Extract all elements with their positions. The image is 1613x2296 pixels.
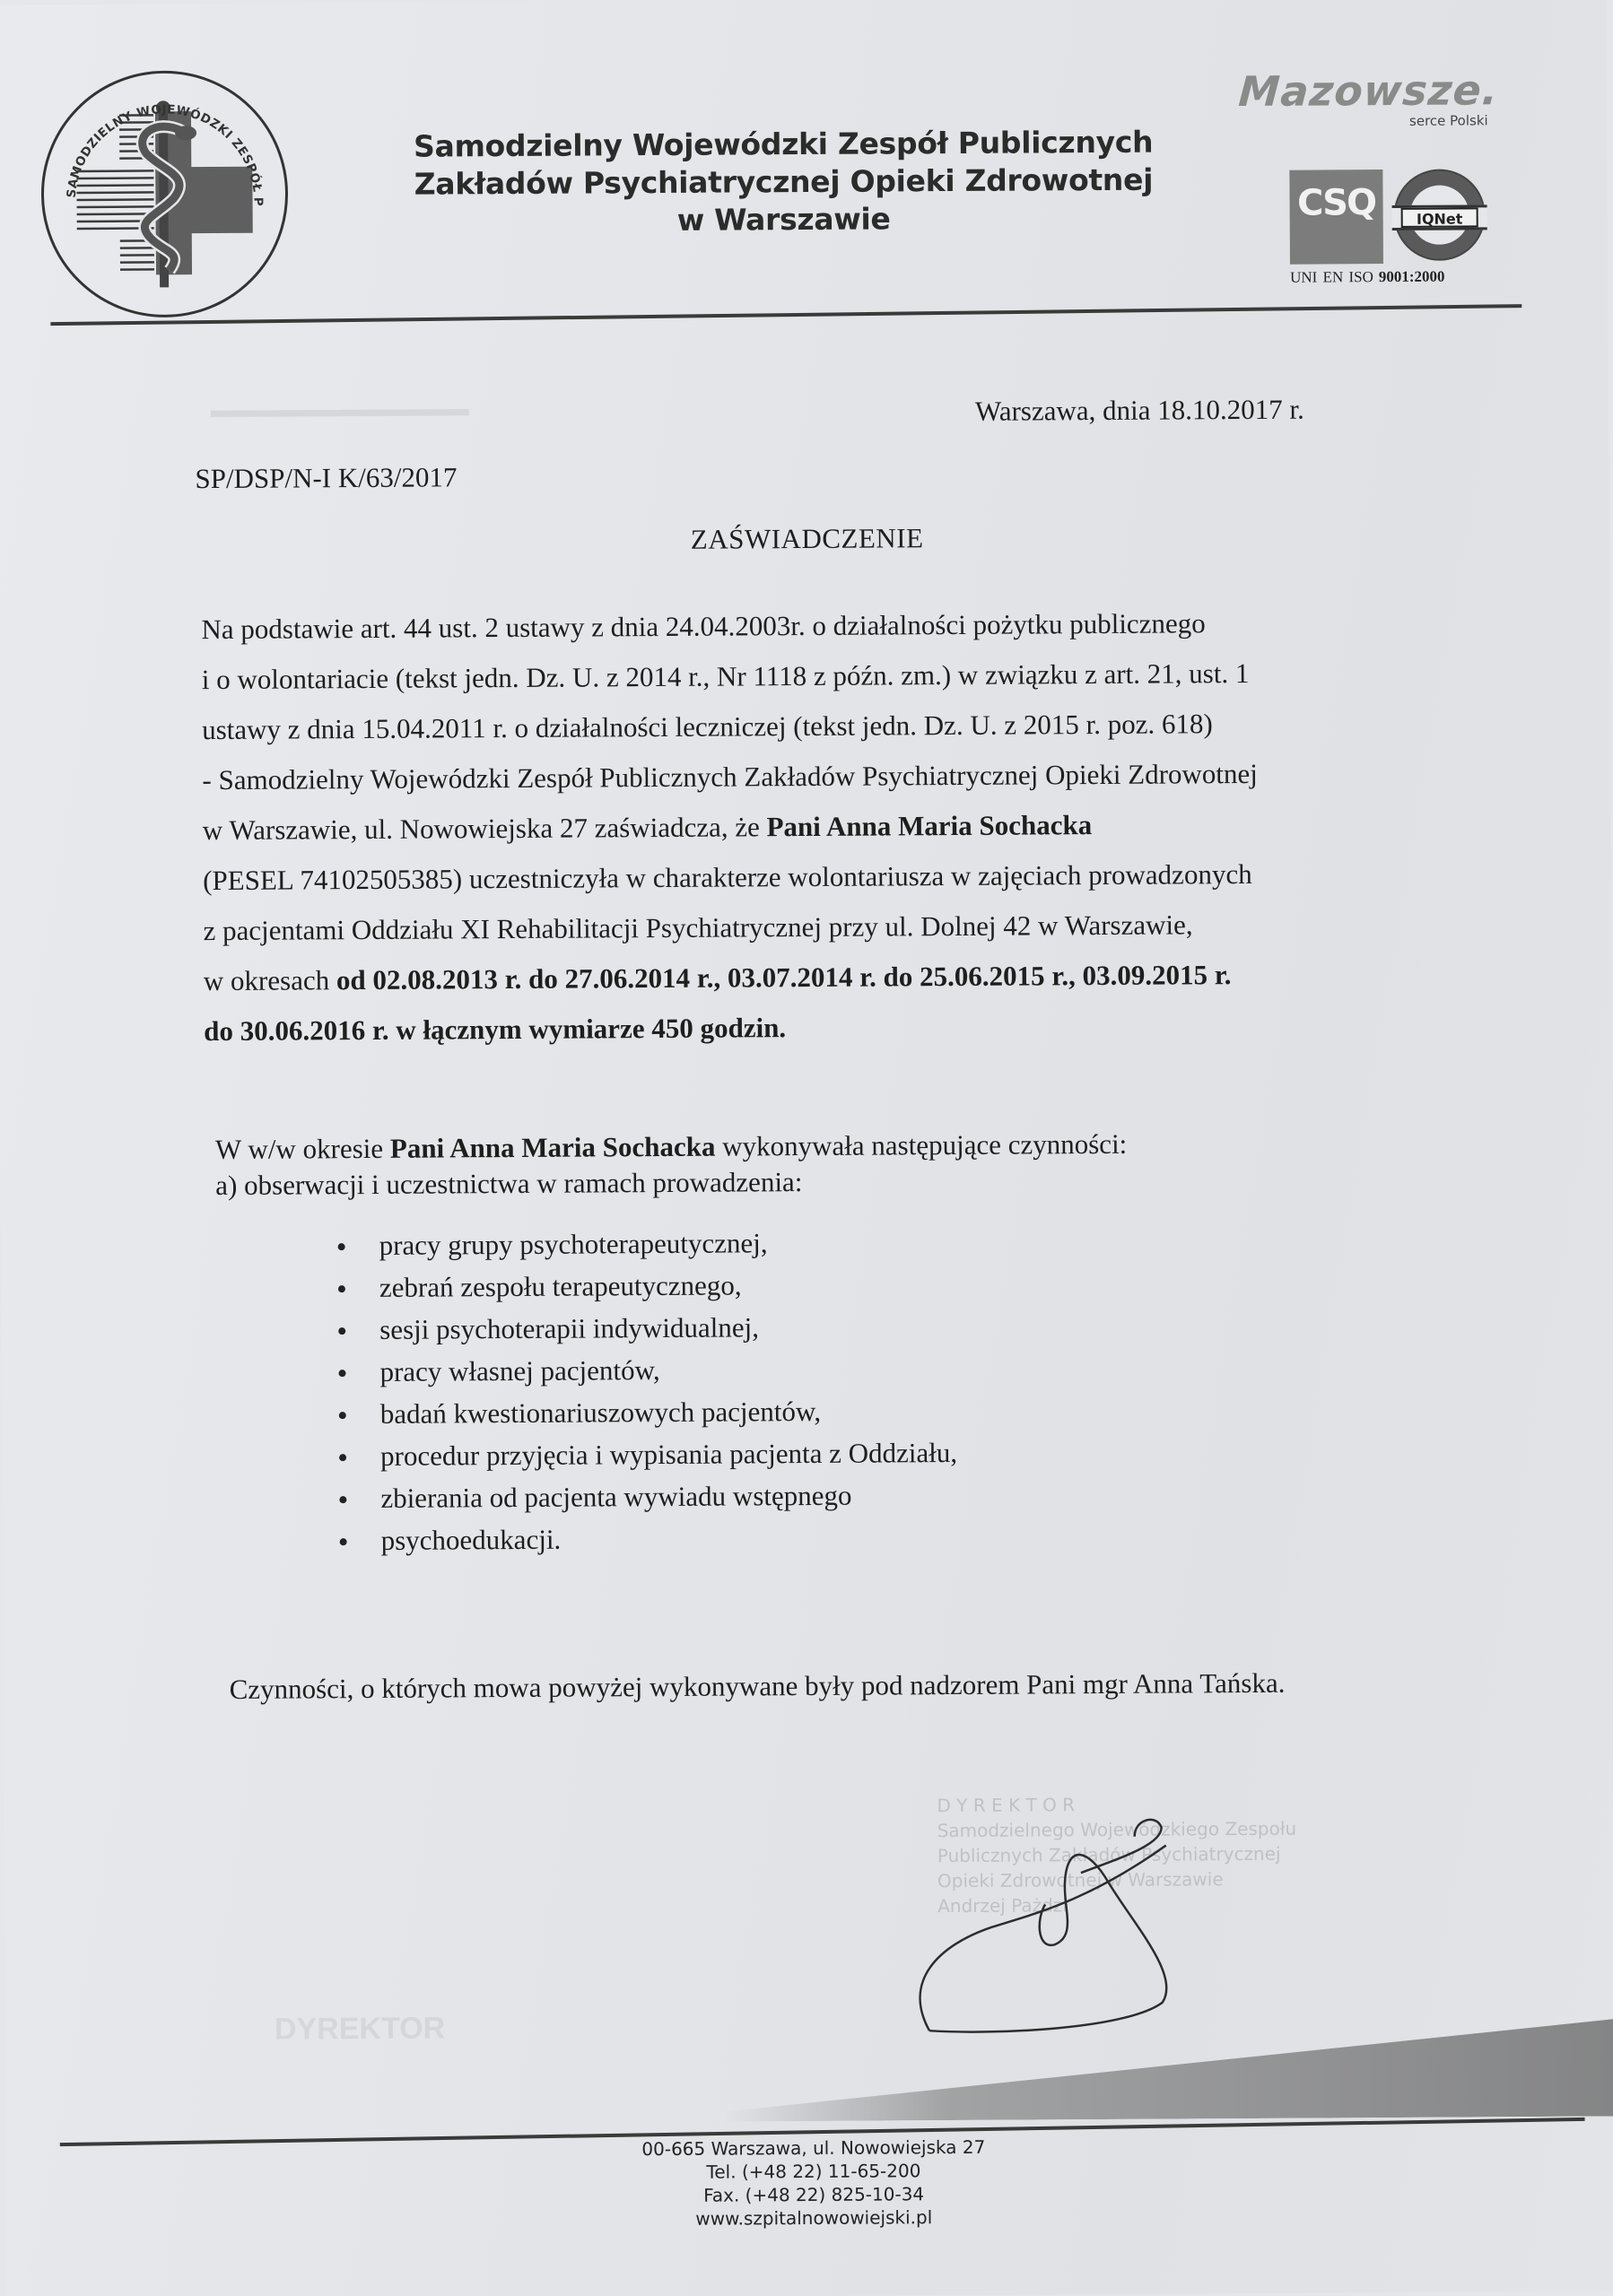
iso-standard-caption: UNI EN ISO9001:2000 (1290, 267, 1496, 286)
bold-text-run: Pani Anna Maria Sochacka (390, 1131, 716, 1164)
document-title: ZAŚWIADCZENIE (691, 522, 924, 556)
mazowsze-brand-logo: Mazowsze. serce Polski (1239, 65, 1526, 116)
paragraph-line: - Samodzielny Wojewódzki Zespół Publiczn… (202, 747, 1476, 805)
activity-list-item: zebrań zespołu terapeutycznego, (338, 1263, 956, 1309)
footer-fax: Fax. (+48 22) 825-10-34 (545, 2181, 1083, 2208)
activity-text: badań kwestionariuszowych pacjentów, (380, 1396, 821, 1430)
bold-text-run: Pani Anna Maria Sochacka (766, 809, 1092, 842)
bullet-icon (338, 1243, 345, 1250)
iqnet-label: IQNet (1401, 207, 1478, 228)
text-run: Na podstawie art. 44 ust. 2 ustawy z dni… (201, 607, 1205, 645)
institution-name: Samodzielny Wojewódzki Zespół Publicznyc… (388, 123, 1179, 240)
bullet-icon (339, 1412, 346, 1419)
text-run: w okresach (204, 964, 336, 996)
institution-name-line-3: w Warszawie (389, 198, 1179, 240)
bleed-through-text: ▬▬▬▬▬▬▬▬▬▬▬▬ (211, 396, 469, 423)
paragraph-line: (PESEL 74102505385) uczestniczyła w char… (203, 848, 1477, 906)
text-run: (PESEL 74102505385) uczestniczyła w char… (203, 858, 1252, 896)
paragraph-line: ustawy z dnia 15.04.2011 r. o działalnoś… (202, 697, 1476, 755)
paragraph-line: w Warszawie, ul. Nowowiejska 27 zaświadc… (203, 797, 1477, 856)
place-and-date: Warszawa, dnia 18.10.2017 r. (975, 394, 1304, 428)
paragraph-line: do 30.06.2016 r. w łącznym wymiarze 450 … (204, 998, 1478, 1057)
activity-list-item: sesji psychoterapii indywidualnej, (338, 1305, 956, 1351)
bullet-icon (338, 1327, 345, 1335)
text-run: w Warszawie, ul. Nowowiejska 27 zaświadc… (203, 811, 767, 846)
activities-section: W w/w okresie Pani Anna Maria Sochacka w… (215, 1126, 1128, 1204)
mazowsze-tagline: serce Polski (1409, 112, 1488, 129)
paragraph-line: w okresach od 02.08.2013 r. do 27.06.201… (204, 948, 1478, 1006)
paragraph-line: Na podstawie art. 44 ust. 2 ustawy z dni… (201, 596, 1475, 655)
handwritten-signature-icon (911, 1809, 1289, 2045)
footer-contact: 00-665 Warszawa, ul. Nowowiejska 27 Tel.… (545, 2135, 1084, 2231)
bold-text-run: do 30.06.2016 r. w łącznym wymiarze 450 … (204, 1012, 786, 1047)
activity-text: pracy własnej pacjentów, (379, 1354, 659, 1387)
iso-standard-name: UNI EN ISO (1290, 268, 1373, 286)
activity-text: psychoedukacji. (381, 1524, 562, 1556)
footer-phone: Tel. (+48 22) 11-65-200 (545, 2158, 1083, 2185)
paragraph-line: z pacjentami Oddziału XI Rehabilitacji P… (203, 898, 1477, 956)
activity-list-item: pracy grupy psychoterapeutycznej, (338, 1221, 956, 1266)
activity-text: zbierania od pacjenta wywiadu wstępnego (380, 1480, 851, 1514)
text-run: i o wolontariacie (tekst jedn. Dz. U. z … (202, 657, 1250, 695)
activities-subheading: a) obserwacji i uczestnictwa w ramach pr… (215, 1162, 1127, 1204)
text-run: z pacjentami Oddziału XI Rehabilitacji P… (203, 909, 1192, 946)
bullet-icon (338, 1285, 345, 1292)
iso-standard-number: 9001:2000 (1379, 268, 1445, 285)
bullet-icon (340, 1538, 347, 1545)
bullet-icon (339, 1496, 346, 1503)
bold-text-run: od 02.08.2013 r. do 27.06.2014 r., 03.07… (336, 959, 1232, 996)
bleed-through-text: DYREKTOR (275, 2011, 445, 2047)
supervision-note: Czynności, o których mowa powyżej wykony… (230, 1667, 1286, 1706)
iqnet-certified-seal-icon: IQNet (1393, 169, 1486, 261)
activity-text: sesji psychoterapii indywidualnej, (379, 1311, 759, 1345)
activity-list-item: psychoedukacji. (340, 1516, 958, 1561)
activities-list: pracy grupy psychoterapeutycznej,zebrań … (338, 1221, 958, 1561)
bullet-icon (339, 1370, 346, 1377)
document-page: SAMODZIELNY WOJEWÓDZKI ZESPÓŁ PUBLICZNYC… (0, 0, 1613, 2296)
activity-list-item: badań kwestionariuszowych pacjentów, (339, 1389, 957, 1435)
activity-list-item: procedur przyjęcia i wypisania pacjenta … (339, 1431, 957, 1477)
activity-text: procedur przyjęcia i wypisania pacjenta … (380, 1437, 957, 1472)
mazowsze-wordmark: Mazowsze. (1237, 65, 1500, 116)
bullet-icon (339, 1454, 346, 1461)
footer-address: 00-665 Warszawa, ul. Nowowiejska 27 (545, 2135, 1083, 2161)
csq-logo-icon: CSQ (1289, 170, 1383, 265)
certificate-body-paragraph: Na podstawie art. 44 ust. 2 ustawy z dni… (201, 596, 1478, 1057)
iso-certification-badges: CSQ IQNet UNI EN ISO9001:2000 (1289, 169, 1487, 286)
activities-intro: W w/w okresie Pani Anna Maria Sochacka w… (215, 1126, 1127, 1168)
text-run: W w/w okresie (215, 1133, 390, 1165)
institution-name-line-2: Zakładów Psychiatrycznej Opieki Zdrowotn… (388, 161, 1178, 203)
paragraph-line: i o wolontariacie (tekst jedn. Dz. U. z … (202, 647, 1476, 705)
activity-list-item: pracy własnej pacjentów, (338, 1347, 956, 1393)
footer-website: www.szpitalnowowiejski.pl (545, 2205, 1083, 2231)
csq-label: CSQ (1291, 182, 1381, 224)
text-run: wykonywała następujące czynności: (715, 1128, 1127, 1162)
text-run: ustawy z dnia 15.04.2011 r. o działalnoś… (202, 708, 1213, 745)
activity-text: pracy grupy psychoterapeutycznej, (379, 1227, 768, 1261)
institution-seal-logo: SAMODZIELNY WOJEWÓDZKI ZESPÓŁ PUBLICZNYC… (39, 68, 292, 321)
activity-text: zebrań zespołu terapeutycznego, (379, 1269, 742, 1302)
text-run: - Samodzielny Wojewódzki Zespół Publiczn… (202, 758, 1258, 796)
institution-name-line-1: Samodzielny Wojewódzki Zespół Publicznyc… (388, 123, 1178, 165)
reference-number: SP/DSP/N-I K/63/2017 (195, 461, 457, 495)
activity-list-item: zbierania od pacjenta wywiadu wstępnego (339, 1474, 957, 1519)
